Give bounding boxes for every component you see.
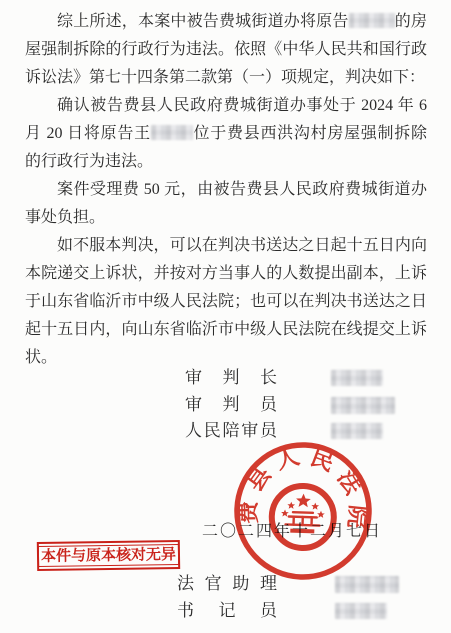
judge-label: 审判员 xyxy=(185,391,277,419)
court-seal: 费县人民法院 xyxy=(231,439,376,584)
redacted-clerk-name xyxy=(335,603,387,619)
redacted-judge-assistant-name xyxy=(335,576,399,593)
national-emblem-icon xyxy=(271,485,335,549)
judgment-page: 综上所述，本案中被告费城街道办将原告的房屋强制拆除的行政行为违法。依照《中华人民… xyxy=(0,0,451,633)
redacted-judge-name xyxy=(331,397,395,414)
clerk-label: 书记员 xyxy=(177,597,277,625)
staff-row-clerk: 书记员 xyxy=(177,597,387,625)
verification-stamp-text: 本件与原本核对无异 xyxy=(38,544,179,567)
redacted-assessor-name xyxy=(331,423,383,439)
signature-row-presiding-judge: 审判长 xyxy=(185,364,383,392)
ruling-basis-text-1: 综上所述，本案中被告费城街道办将原告 xyxy=(57,13,349,30)
paragraph-court-fee: 案件受理费 50 元，由被告费县人民政府费城街道办事处负担。 xyxy=(25,176,427,232)
redacted-plaintiff-name xyxy=(349,13,395,28)
redacted-plaintiff-given-name xyxy=(151,125,193,140)
verification-stamp-box: 本件与原本核对无异 xyxy=(37,540,180,571)
paragraph-ruling-basis: 综上所述，本案中被告费城街道办将原告的房屋强制拆除的行政行为违法。依照《中华人民… xyxy=(25,8,427,92)
paragraph-judgment-item: 确认被告费县人民政府费城街道办事处于 2024 年 6 月 20 日将原告王位于… xyxy=(25,92,427,176)
staff-row-judge-assistant: 法官助理 xyxy=(177,570,399,598)
signature-row-judge: 审判员 xyxy=(185,391,395,419)
presiding-judge-label: 审判长 xyxy=(185,364,277,392)
paragraph-appeal-rights: 如不服本判决，可以在判决书送达之日起十五日内向本院递交上诉状，并按对方当事人的人… xyxy=(25,232,427,372)
judgment-body: 综上所述，本案中被告费城街道办将原告的房屋强制拆除的行政行为违法。依照《中华人民… xyxy=(25,8,427,372)
redacted-presiding-judge-name xyxy=(331,370,383,386)
judge-assistant-label: 法官助理 xyxy=(177,570,277,598)
